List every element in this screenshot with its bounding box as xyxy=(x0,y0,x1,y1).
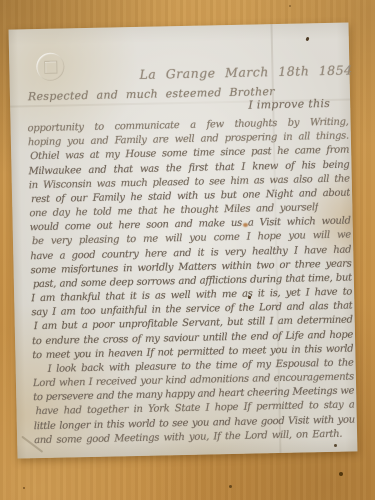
ink-speck xyxy=(334,444,337,447)
ink-speck xyxy=(248,296,251,299)
embossed-stationery-seal xyxy=(36,52,65,81)
letter-body: opportunity to communicate a few thought… xyxy=(27,116,355,449)
letter-photograph: La Grange March 18th 1854 Respected and … xyxy=(0,0,375,500)
letter-dateline: La Grange March 18th 1854 xyxy=(139,61,339,85)
background-speck xyxy=(339,472,343,476)
letter-opening-phrase: I improve this xyxy=(190,96,330,114)
background-speck xyxy=(229,485,232,488)
background-speck xyxy=(289,5,291,7)
background-speck xyxy=(23,487,25,489)
letter-paper: La Grange March 18th 1854 Respected and … xyxy=(9,22,358,458)
rust-stain-spot xyxy=(243,223,248,227)
embossed-seal-inner-mark xyxy=(44,61,57,74)
